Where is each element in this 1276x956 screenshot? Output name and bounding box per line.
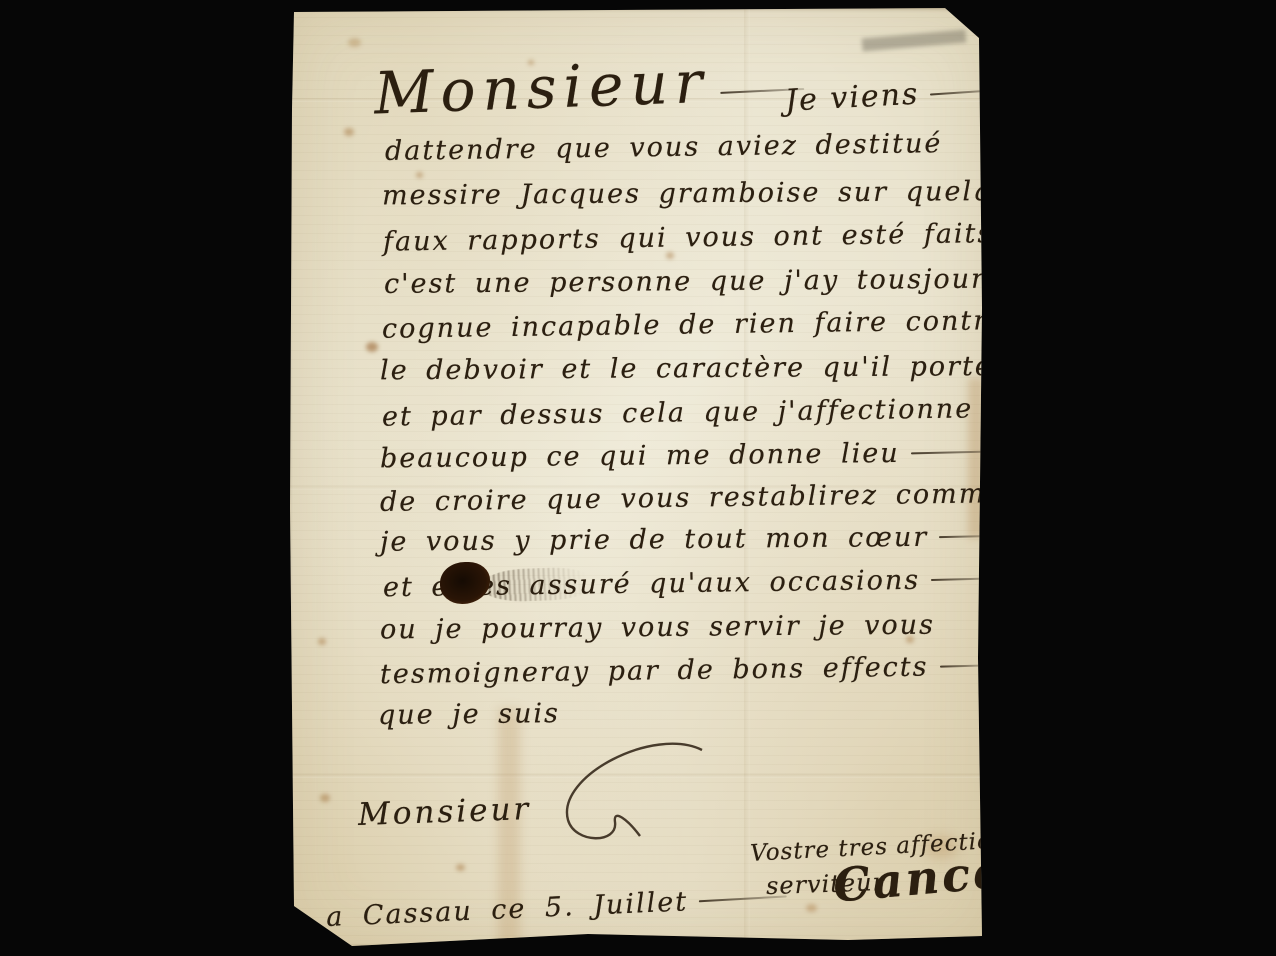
fold-crease bbox=[288, 774, 990, 778]
opening-phrase: Je viens bbox=[784, 72, 1003, 118]
body-line: messire Jacques gramboise sur quelques bbox=[382, 176, 1046, 212]
body-line: et par dessus cela que j'affectionne bbox=[382, 392, 1047, 432]
body-line: le debvoir et le caractère qu'il porte bbox=[380, 351, 1034, 387]
letter-sheet: Monsieur Je viens dattendre que vous avi… bbox=[288, 8, 990, 948]
body-line: je vous y prie de tout mon cœur bbox=[380, 521, 989, 557]
body-line: dattendre que vous aviez destitué bbox=[385, 128, 943, 167]
pencil-smudge bbox=[862, 29, 967, 51]
foxing-stain bbox=[806, 904, 817, 912]
body-line: que je suis bbox=[378, 698, 560, 731]
place-date-line: a Cassau ce 5. Juillet bbox=[326, 882, 788, 933]
foxing-stain bbox=[320, 794, 330, 802]
body-line: faux rapports qui vous ont esté faits bbox=[383, 217, 1045, 257]
body-line: ou je pourray vous servir je vous bbox=[380, 610, 935, 646]
foxing-stain bbox=[416, 172, 423, 178]
foxing-stain bbox=[344, 128, 354, 136]
body-line: beaucoup ce qui me donne lieu bbox=[380, 437, 1011, 475]
body-line: cognue incapable de rien faire contre bbox=[382, 304, 1070, 345]
photo-background: Monsieur Je viens dattendre que vous avi… bbox=[0, 0, 1276, 956]
foxing-stain bbox=[456, 864, 465, 871]
foxing-stain bbox=[366, 342, 378, 352]
closing-address: Monsieur bbox=[357, 791, 531, 833]
salutation: Monsieur bbox=[373, 45, 806, 128]
body-line: c'est une personne que j'ay tousjours bbox=[384, 263, 1043, 300]
body-line: tesmoigneray par de bons effects bbox=[380, 651, 984, 690]
foxing-stain bbox=[318, 638, 326, 645]
foxing-stain bbox=[348, 38, 361, 47]
